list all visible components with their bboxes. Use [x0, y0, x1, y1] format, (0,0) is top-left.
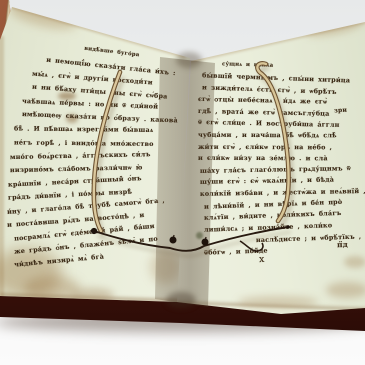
hinge-knob [286, 225, 290, 229]
hinge-knob [202, 239, 209, 246]
photo-of-open-book: видѣ́вше буго́ра и немощї́ю сказа́ти гла… [0, 0, 365, 365]
spectacles-shadow [97, 68, 292, 255]
right-temple-arm [257, 63, 288, 221]
hinge-knob [170, 237, 177, 244]
spectacles-frame-wire [94, 227, 288, 251]
hinge-knob [91, 228, 97, 234]
spectacles [0, 0, 365, 365]
